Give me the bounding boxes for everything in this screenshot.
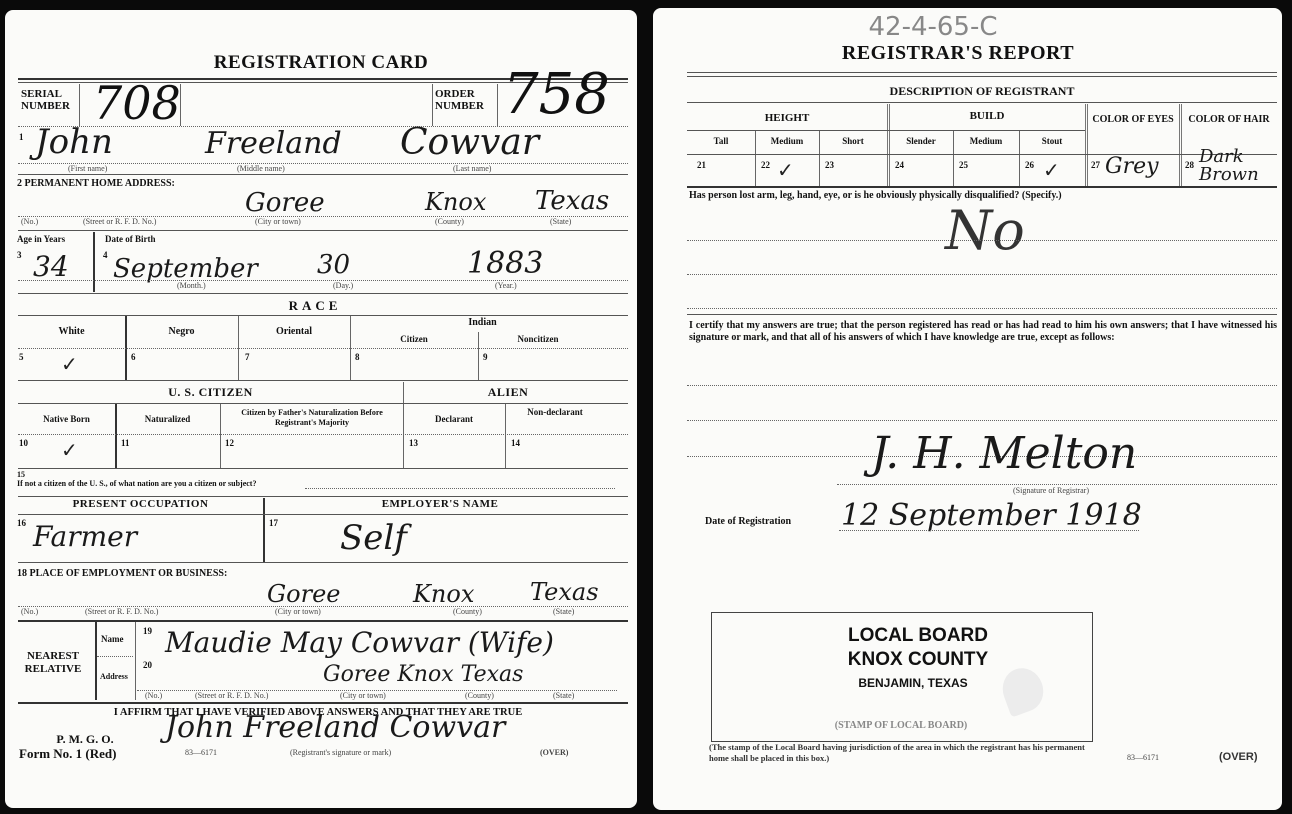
last-name-value: Cowvar [400,122,539,163]
race-heading: RACE [235,298,395,314]
relative-name-value: Maudie May Cowvar (Wife) [165,626,554,659]
eye-color-value: Grey [1105,154,1159,179]
order-number-value: 758 [503,62,610,127]
registrars-report-card: 42-4-65-C REGISTRAR'S REPORT DESCRIPTION… [653,8,1282,810]
age-label: Age in Years [17,234,65,244]
employer-value: Self [340,518,407,558]
registration-date-label: Date of Registration [705,516,791,527]
dob-day-value: 30 [317,250,350,280]
serial-number-label: SERIAL NUMBER [21,88,79,112]
certification-text: I certify that my answers are true; that… [689,320,1277,344]
nearest-relative-label: NEAREST RELATIVE [18,650,88,676]
dob-year-value: 1883 [467,246,543,281]
occupation-heading: PRESENT OCCUPATION [18,498,263,510]
physical-disqualification-answer: No [945,204,1025,258]
native-born-checkmark-icon: ✓ [61,438,78,462]
relative-address-value: Goree Knox Texas [323,662,523,687]
age-value: 34 [33,250,69,283]
registrant-signature: John Freeland Cowvar [165,710,505,745]
employer-heading: EMPLOYER'S NAME [265,498,615,510]
employment-place-label: 18 PLACE OF EMPLOYMENT OR BUSINESS: [17,568,227,579]
stamp-note: (The stamp of the Local Board having jur… [709,742,1089,764]
medium-height-checkmark-icon: ✓ [777,158,794,182]
occupation-value: Farmer [33,520,137,553]
dob-label: Date of Birth [105,234,156,244]
white-checkmark-icon: ✓ [61,352,78,376]
home-city-value: Goree [245,188,325,218]
employment-city-value: Goree [267,580,341,608]
hair-color-value: Dark Brown [1199,148,1279,184]
home-address-label: 2 PERMANENT HOME ADDRESS: [17,178,175,189]
registration-date-value: 12 September 1918 [841,498,1142,533]
home-county-value: Knox [425,188,486,216]
registrar-signature: J. H. Melton [871,428,1137,479]
file-code: 42-4-65-C [833,12,1033,42]
employment-state-value: Texas [530,578,599,606]
description-heading: DESCRIPTION OF REGISTRANT [687,84,1277,99]
registration-card: REGISTRATION CARD SERIAL NUMBER 708 ORDE… [5,10,637,808]
nationality-question: If not a citizen of the U. S., of what n… [17,479,256,488]
home-state-value: Texas [535,186,609,216]
form-id-line1: P. M. G. O. [25,732,145,747]
first-name-value: John [35,122,113,162]
alien-heading: ALIEN [403,385,613,400]
stout-build-checkmark-icon: ✓ [1043,158,1060,182]
middle-name-value: Freeland [205,126,342,161]
employment-county-value: Knox [413,580,474,608]
over-label-right: (OVER) [1219,751,1258,763]
us-citizen-heading: U. S. CITIZEN [18,385,403,400]
order-number-label: ORDER NUMBER [435,88,495,112]
over-label: (OVER) [540,748,568,757]
report-title: REGISTRAR'S REPORT [833,42,1083,65]
form-id-line2: Form No. 1 (Red) [19,746,116,762]
